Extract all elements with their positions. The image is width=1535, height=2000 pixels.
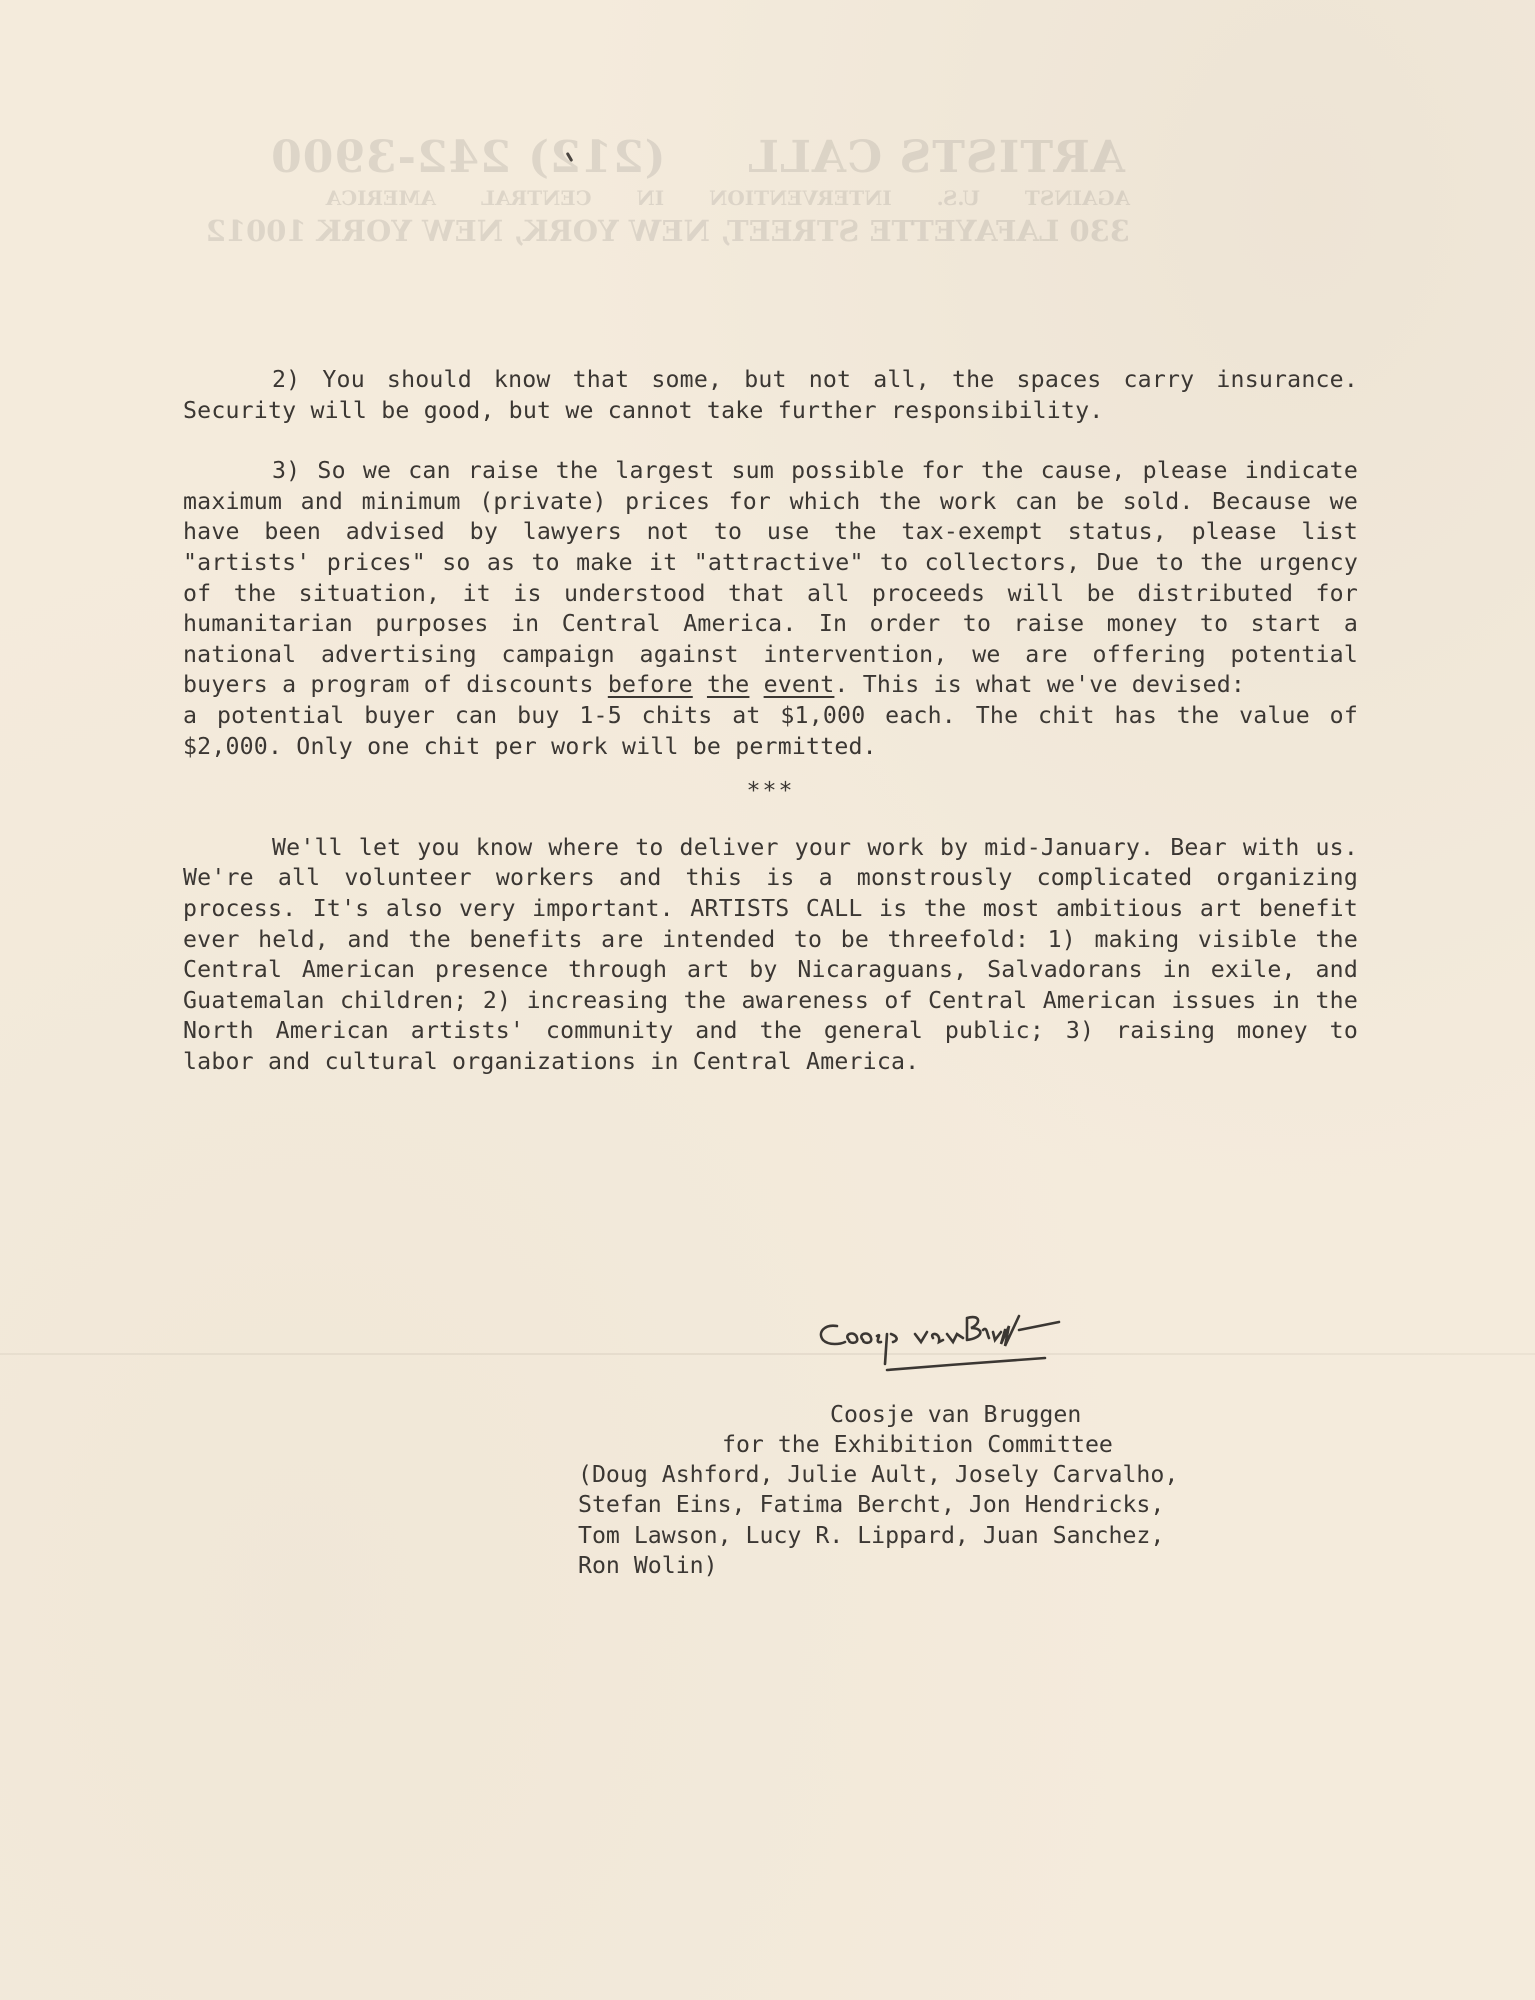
- paragraph-3-pricing: 3) So we can raise the largest sum possi…: [183, 456, 1358, 701]
- letter-body: 2) You should know that some, but not al…: [183, 365, 1358, 1077]
- ink-speck: [566, 152, 574, 162]
- paragraph-2-insurance: 2) You should know that some, but not al…: [183, 365, 1358, 426]
- paragraph-3-devised: . This is what we've devised:: [834, 671, 1245, 698]
- paragraph-3-text: 3) So we can raise the largest sum possi…: [183, 457, 1358, 698]
- underlined-the: the: [707, 671, 749, 698]
- signatory-role: for the Exhibition Committee: [722, 1430, 1113, 1460]
- underlined-before: before: [608, 671, 693, 698]
- underlined-event: event: [764, 671, 835, 698]
- paragraph-3-chits: a potential buyer can buy 1-5 chits at $…: [183, 701, 1358, 762]
- section-separator: ***: [183, 776, 1358, 807]
- paper-fold-line: [0, 1353, 1535, 1355]
- paragraph-4-delivery: We'll let you know where to deliver your…: [183, 833, 1358, 1078]
- bleed-letterhead-tagline: AGAINST U.S. INTERVENTION IN CENTRAL AME…: [326, 186, 1130, 210]
- handwritten-signature: [815, 1312, 1115, 1382]
- bleed-letterhead-address: 330 LAFAYETTE STREET, NEW YORK, NEW YORK…: [206, 214, 1130, 248]
- signatory-name: Coosje van Bruggen: [830, 1400, 1081, 1430]
- committee-members: (Doug Ashford, Julie Ault, Josely Carval…: [578, 1460, 1178, 1582]
- signature-icon: [815, 1312, 1115, 1382]
- bleed-letterhead-title: ARTISTS CALL (212) 242-3900: [270, 132, 1125, 183]
